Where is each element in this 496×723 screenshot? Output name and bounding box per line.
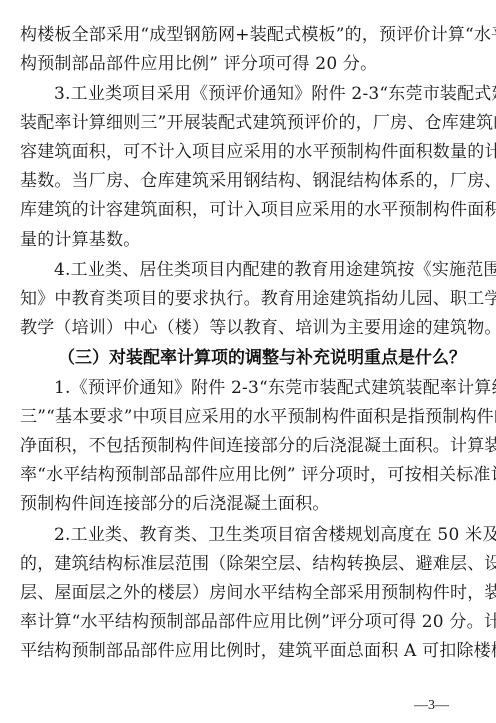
paragraph-line: 的，建筑结构标准层范围（除架空层、结构转换层、避难层、设备 — [20, 550, 478, 579]
paragraph-line: 构预制部品部件应用比例” 评分项可得 20 分。 — [20, 50, 478, 79]
paragraph-line: 2.工业类、教育类、卫生类项目宿舍楼规划高度在 50 米及以下 — [54, 521, 478, 550]
paragraph-line: 平结构预制部品部件应用比例时，建筑平面总面积 A 可扣除楼梯及 — [20, 637, 478, 666]
paragraph-line: 层、屋面层之外的楼层）房间水平结构全部采用预制构件时，装配 — [20, 579, 478, 608]
paragraph-line: 三”“基本要求”中项目应采用的水平预制构件面积是指预制构件的 — [20, 403, 478, 432]
paragraph-line: 构楼板全部采用“成型钢筋网+装配式模板”的，预评价计算“水平结 — [20, 21, 478, 50]
paragraph-line: 4.工业类、居住类项目内配建的教育用途建筑按《实施范围通 — [54, 256, 478, 285]
paragraph-line: 净面积，不包括预制构件间连接部分的后浇混凝土面积。计算装配 — [20, 432, 478, 461]
paragraph-line: 容建筑面积，可不计入项目应采用的水平预制构件面积数量的计算 — [20, 138, 478, 167]
paragraph-line: 3.工业类项目采用《预评价通知》附件 2-3“东莞市装配式建筑 — [54, 80, 478, 109]
paragraph-line: 率“水平结构预制部品部件应用比例” 评分项时，可按相关标准计入 — [20, 461, 478, 490]
paragraph-line: 基数。当厂房、仓库建筑采用钢结构、钢混结构体系的，厂房、仓 — [20, 167, 478, 196]
paragraph-line: 库建筑的计容建筑面积，可计入项目应采用的水平预制构件面积数 — [20, 196, 478, 225]
paragraph-line: 预制构件间连接部分的后浇混凝土面积。 — [20, 490, 478, 519]
paragraph-line: 1.《预评价通知》附件 2-3“东莞市装配式建筑装配率计算细则 — [54, 374, 478, 403]
document-page: 构楼板全部采用“成型钢筋网+装配式模板”的，预评价计算“水平结 构预制部品部件应… — [0, 0, 496, 723]
paragraph-line: 知》中教育类项目的要求执行。教育用途建筑指幼儿园、职工学校、 — [20, 285, 478, 314]
section-heading: （三）对装配率计算项的调整与补充说明重点是什么？ — [58, 344, 478, 373]
page-number: —3— — [414, 698, 449, 714]
paragraph-line: 量的计算基数。 — [20, 226, 478, 255]
paragraph-line: 教学（培训）中心（楼）等以教育、培训为主要用途的建筑物。 — [20, 314, 478, 343]
paragraph-line: 装配率计算细则三”开展装配式建筑预评价的，厂房、仓库建筑的计 — [20, 109, 478, 138]
paragraph-line: 率计算“水平结构预制部品部件应用比例”评分项可得 20 分。计算水 — [20, 608, 478, 637]
